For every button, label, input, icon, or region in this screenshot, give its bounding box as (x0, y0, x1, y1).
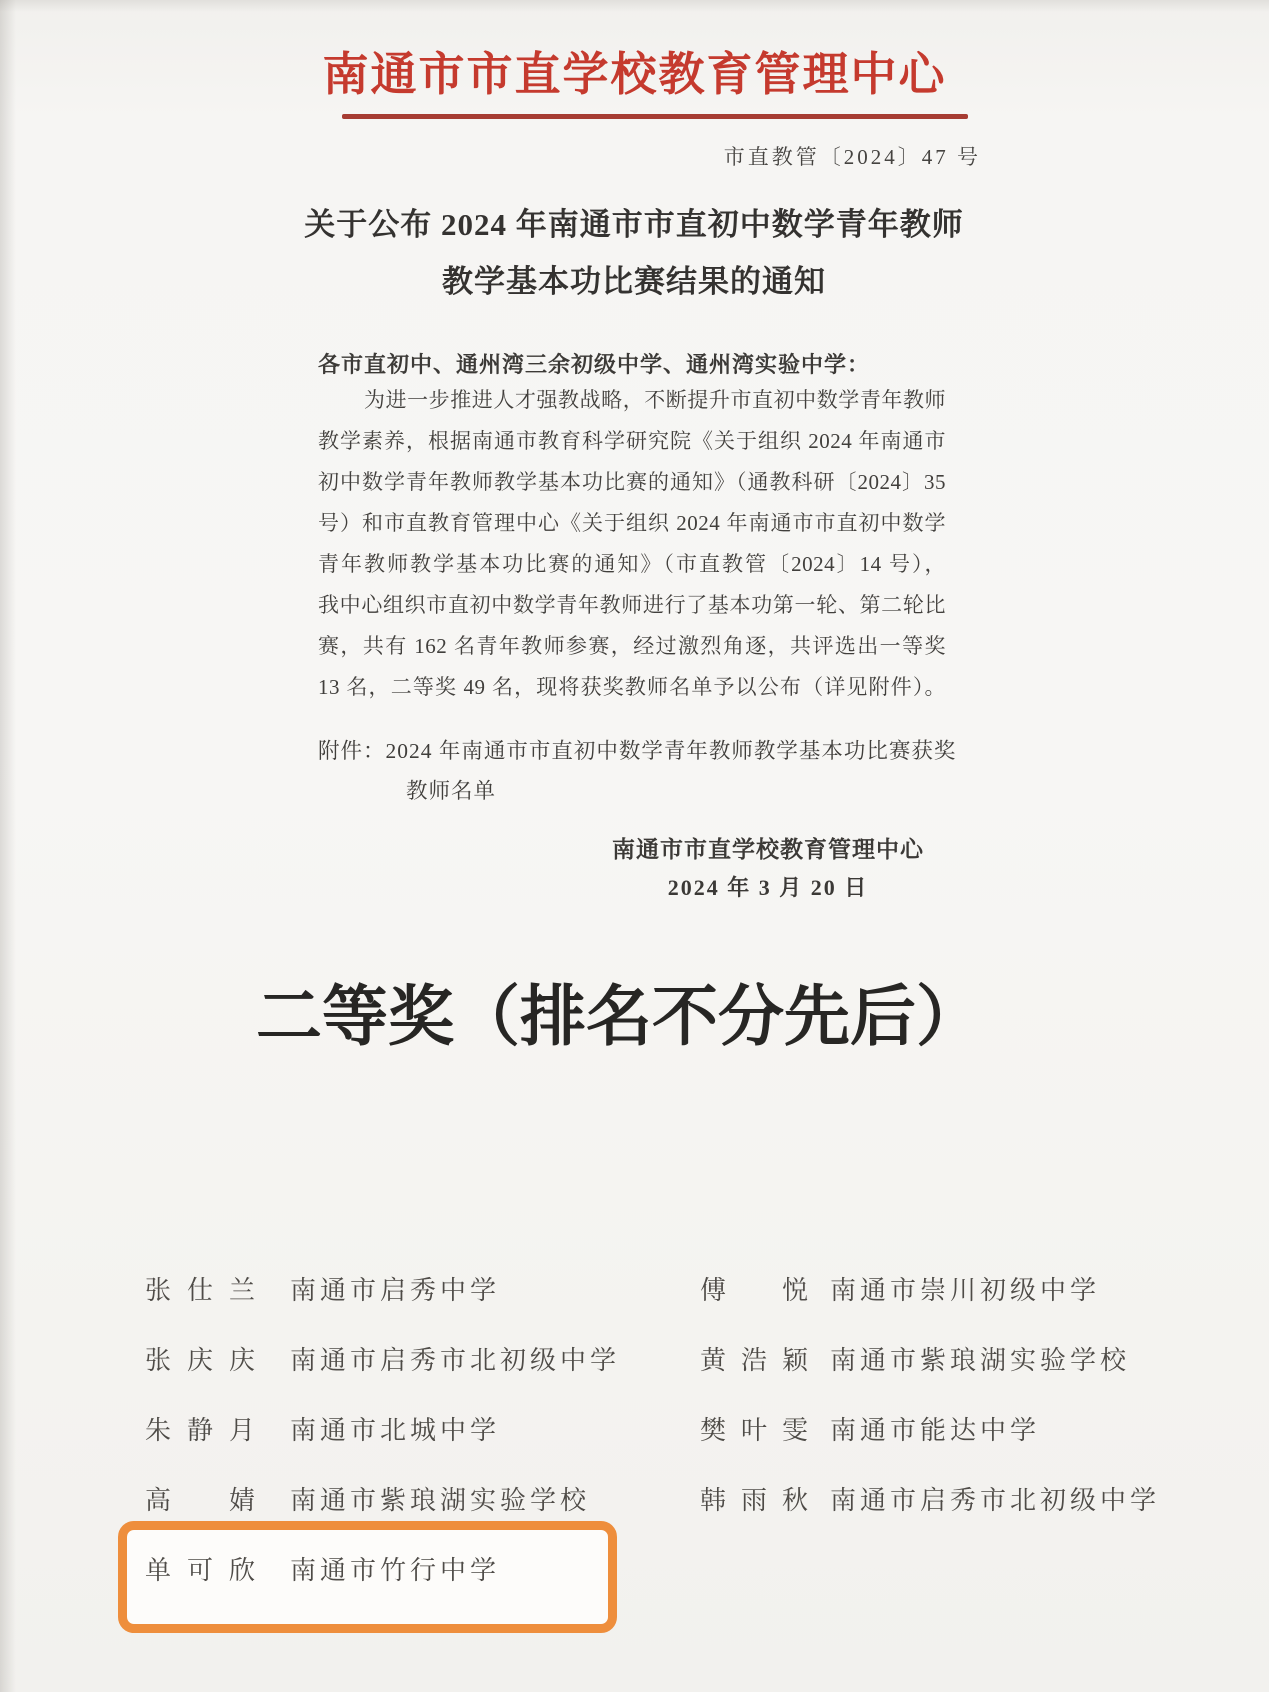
awardee-name: 朱静月 (145, 1410, 255, 1447)
document-number: 市直教管〔2024〕47 号 (724, 141, 981, 171)
document-title: 关于公布 2024 年南通市市直初中数学青年教师 教学基本功比赛结果的通知 (300, 196, 968, 310)
document-title-line1: 关于公布 2024 年南通市市直初中数学青年教师 (300, 196, 968, 253)
awardee-school: 南通市启秀市北初级中学 (290, 1340, 620, 1377)
paragraph-line: 初中数学青年教师教学基本功比赛的通知》（通教科研〔2024〕35 (318, 467, 946, 508)
awardee-school: 南通市紫琅湖实验学校 (290, 1480, 590, 1517)
document-page: 南通市市直学校教育管理中心 市直教管〔2024〕47 号 关于公布 2024 年… (0, 0, 1269, 1692)
paragraph-line: 教学素养，根据南通市教育科学研究院《关于组织 2024 年南通市 (318, 426, 946, 467)
paragraph-line: 号）和市直教育管理中心《关于组织 2024 年南通市市直初中数学 (318, 508, 946, 549)
awardee-school: 南通市北城中学 (290, 1410, 500, 1447)
award-list-right-column: 傅悦 南通市崇川初级中学 黄浩颖 南通市紫琅湖实验学校 樊叶雯 南通市能达中学 … (700, 1253, 1160, 1533)
awardee-school: 南通市崇川初级中学 (830, 1270, 1100, 1307)
paragraph-line: 13 名，二等奖 49 名，现将获奖教师名单予以公布（详见附件）。 (318, 672, 946, 713)
award-row: 高婧 南通市紫琅湖实验学校 (145, 1463, 620, 1533)
award-row: 张庆庆 南通市启秀市北初级中学 (145, 1323, 620, 1393)
document-title-line2: 教学基本功比赛结果的通知 (300, 253, 968, 310)
award-row-highlighted: 单可欣 南通市竹行中学 (145, 1533, 620, 1603)
awardee-school: 南通市能达中学 (830, 1410, 1040, 1447)
awardee-name: 单可欣 (145, 1550, 255, 1587)
awardee-school: 南通市启秀中学 (290, 1270, 500, 1307)
signer-org: 南通市市直学校教育管理中心 (468, 831, 1068, 869)
awardee-name: 韩雨秋 (700, 1480, 808, 1517)
award-row: 朱静月 南通市北城中学 (145, 1393, 620, 1463)
award-row: 傅悦 南通市崇川初级中学 (700, 1253, 1160, 1323)
paragraph-line: 赛，共有 162 名青年教师参赛，经过激烈角逐，共评选出一等奖 (318, 631, 946, 672)
paragraph-line: 我中心组织市直初中数学青年教师进行了基本功第一轮、第二轮比 (318, 590, 946, 631)
awardee-name: 傅悦 (700, 1270, 808, 1307)
attachment-line2: 教师名单 (318, 771, 958, 811)
paragraph-line: 为进一步推进人才强教战略，不断提升市直初中数学青年教师 (318, 385, 946, 426)
awardee-name: 黄浩颖 (700, 1340, 808, 1377)
awardee-school: 南通市启秀市北初级中学 (830, 1480, 1160, 1517)
awardee-school: 南通市紫琅湖实验学校 (830, 1340, 1130, 1377)
award-row: 黄浩颖 南通市紫琅湖实验学校 (700, 1323, 1160, 1393)
body-paragraph: 为进一步推进人才强教战略，不断提升市直初中数学青年教师 教学素养，根据南通市教育… (318, 385, 946, 713)
attachment-note: 附件：2024 年南通市市直初中数学青年教师教学基本功比赛获奖 教师名单 (318, 731, 958, 811)
awardee-name: 樊叶雯 (700, 1410, 808, 1447)
red-divider-rule (342, 114, 968, 119)
attachment-line1: 附件：2024 年南通市市直初中数学青年教师教学基本功比赛获奖 (318, 731, 958, 771)
signature-block: 南通市市直学校教育管理中心 2024 年 3 月 20 日 (468, 831, 1068, 907)
awardee-name: 张仕兰 (145, 1270, 255, 1307)
signature-date: 2024 年 3 月 20 日 (468, 869, 1068, 907)
awardee-name: 张庆庆 (145, 1340, 255, 1377)
org-title: 南通市市直学校教育管理中心 (0, 38, 1269, 104)
awardee-school: 南通市竹行中学 (290, 1550, 500, 1587)
salutation: 各市直初中、通州湾三余初级中学、通州湾实验中学： (318, 348, 870, 379)
awardee-name: 高婧 (145, 1480, 255, 1517)
award-list-left-column: 张仕兰 南通市启秀中学 张庆庆 南通市启秀市北初级中学 朱静月 南通市北城中学 … (145, 1253, 620, 1603)
award-row: 韩雨秋 南通市启秀市北初级中学 (700, 1463, 1160, 1533)
scan-edge-shadow-left (0, 0, 16, 1692)
paragraph-line: 青年教师教学基本功比赛的通知》（市直教管〔2024〕14 号）， (318, 549, 946, 590)
award-row: 张仕兰 南通市启秀中学 (145, 1253, 620, 1323)
second-prize-heading: 二等奖（排名不分先后） (256, 980, 968, 1052)
scan-edge-shadow-top (0, 0, 1269, 12)
award-row: 樊叶雯 南通市能达中学 (700, 1393, 1160, 1463)
